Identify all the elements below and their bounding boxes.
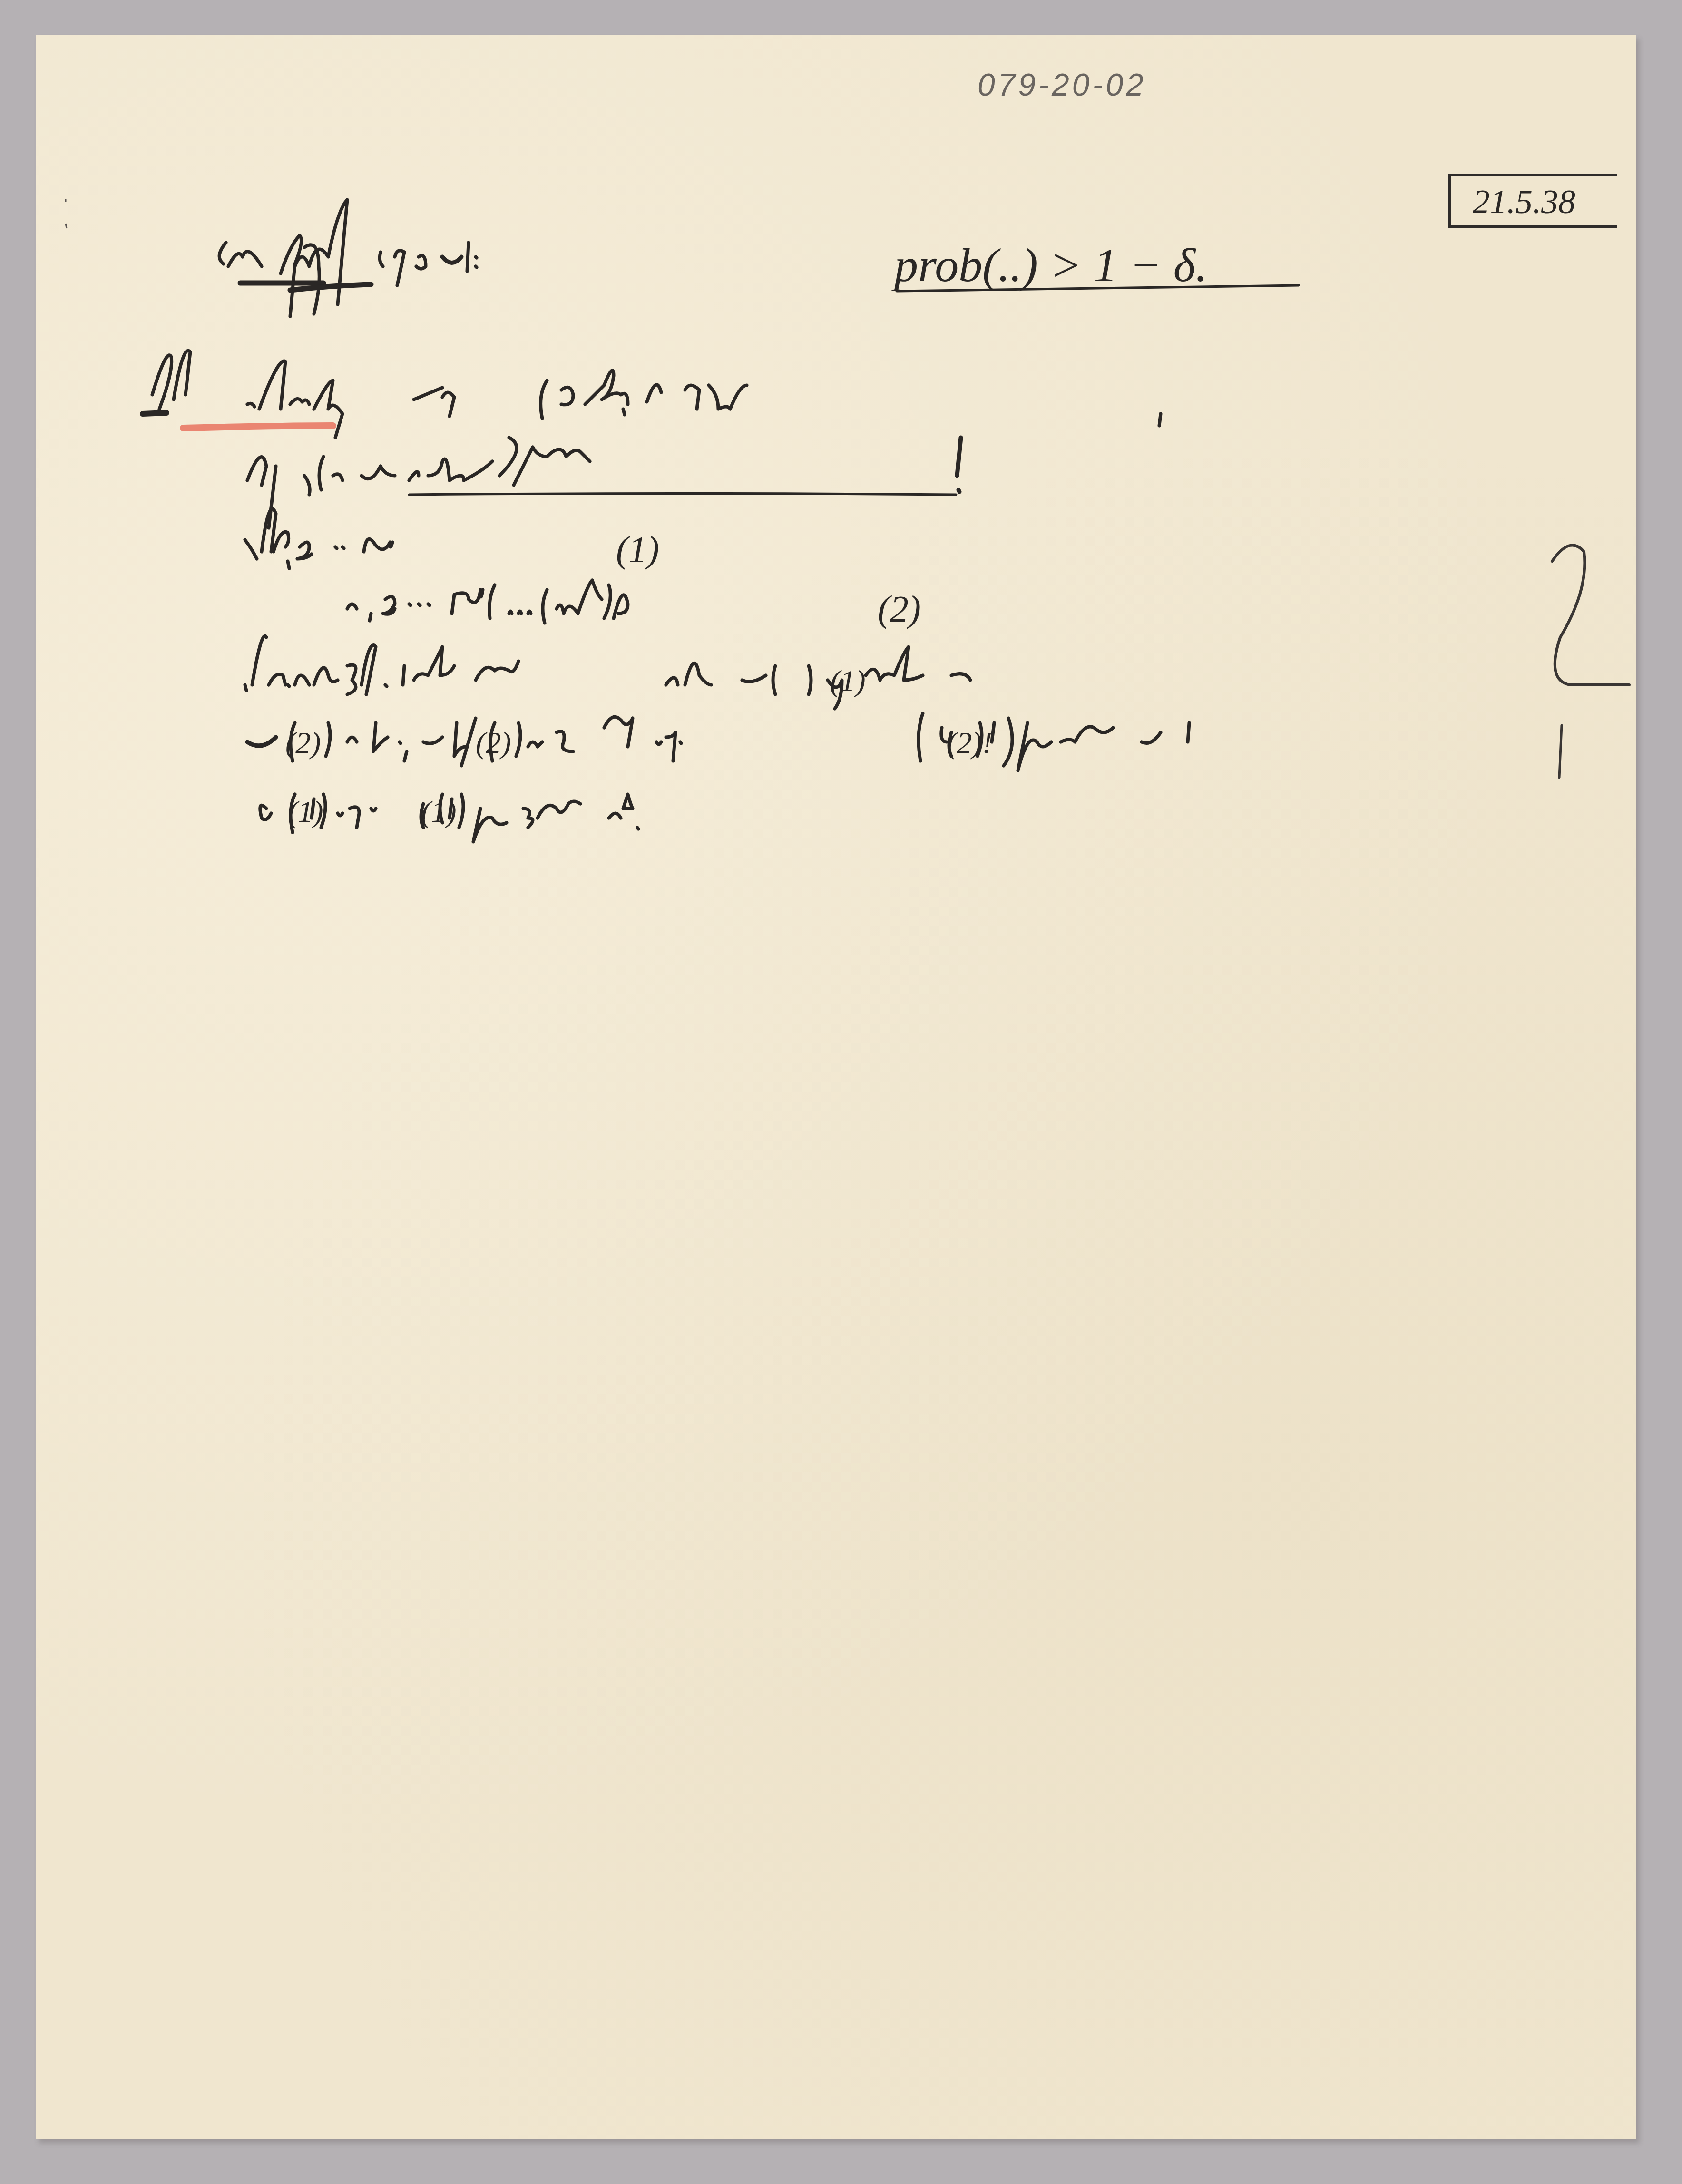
reference-2-inline-a: (2) (285, 725, 321, 760)
reference-2: (2) (878, 587, 921, 630)
reference-1-inline: (1) (830, 663, 866, 699)
handwriting-strokes (0, 0, 1682, 2184)
reference-1-line7-b: (1) (421, 794, 457, 829)
reference-2-inline-b: (2) (476, 725, 511, 760)
reference-1: (1) (616, 528, 659, 571)
reference-2-exclaim: (2)! (947, 725, 992, 760)
shorthand-stroke (219, 243, 262, 266)
margin-bracket (1552, 545, 1629, 685)
reference-1-line7-a: (1) (288, 794, 323, 829)
margin-tick (1559, 725, 1562, 778)
